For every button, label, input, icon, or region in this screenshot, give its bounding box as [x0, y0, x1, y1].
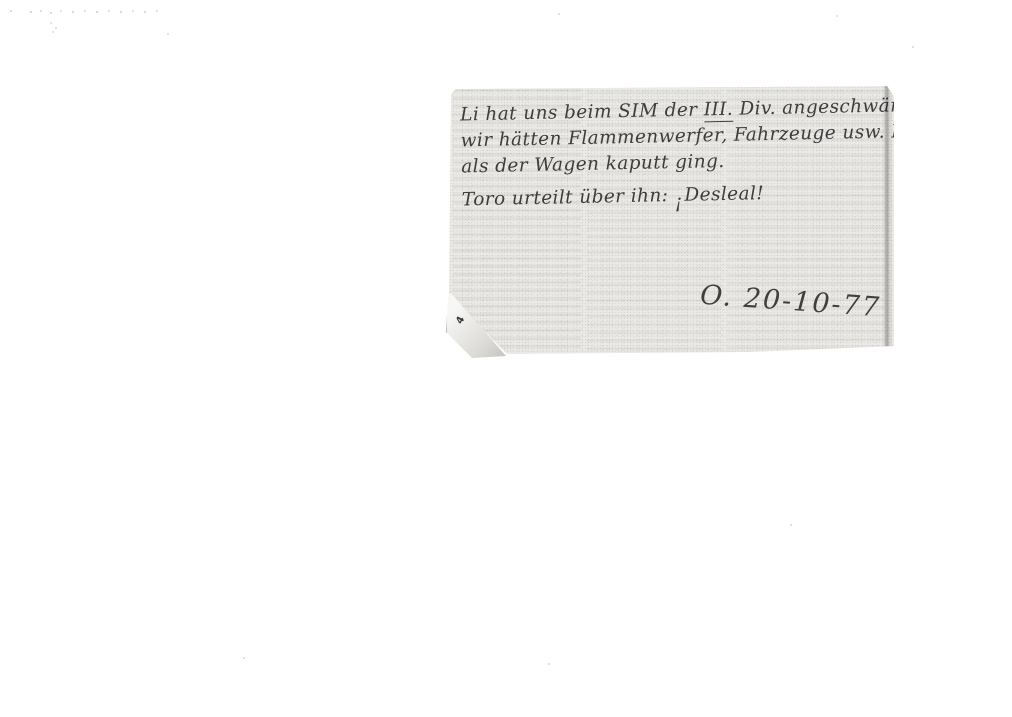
scanned-document-page: Li hat uns beim SIM der III. Div. angesc…: [0, 0, 1012, 717]
line1-roman-numeral: III.: [703, 99, 733, 123]
inverted-exclamation-mark: ¡: [674, 192, 682, 213]
line1-suffix: Div. angeschwärzt,: [733, 95, 924, 120]
paper-right-edge-shadow: [883, 86, 892, 354]
handwritten-note-paper: Li hat uns beim SIM der III. Div. angesc…: [449, 86, 894, 354]
line4-prefix: Toro urteilt über ihn:: [462, 185, 675, 210]
line1-prefix: Li hat uns beim SIM der: [460, 99, 704, 125]
line4-suffix: Desleal!: [684, 183, 764, 206]
handwritten-text-block: Li hat uns beim SIM der III. Div. angesc…: [460, 94, 890, 214]
scanner-noise-specks: [0, 0, 2, 2]
